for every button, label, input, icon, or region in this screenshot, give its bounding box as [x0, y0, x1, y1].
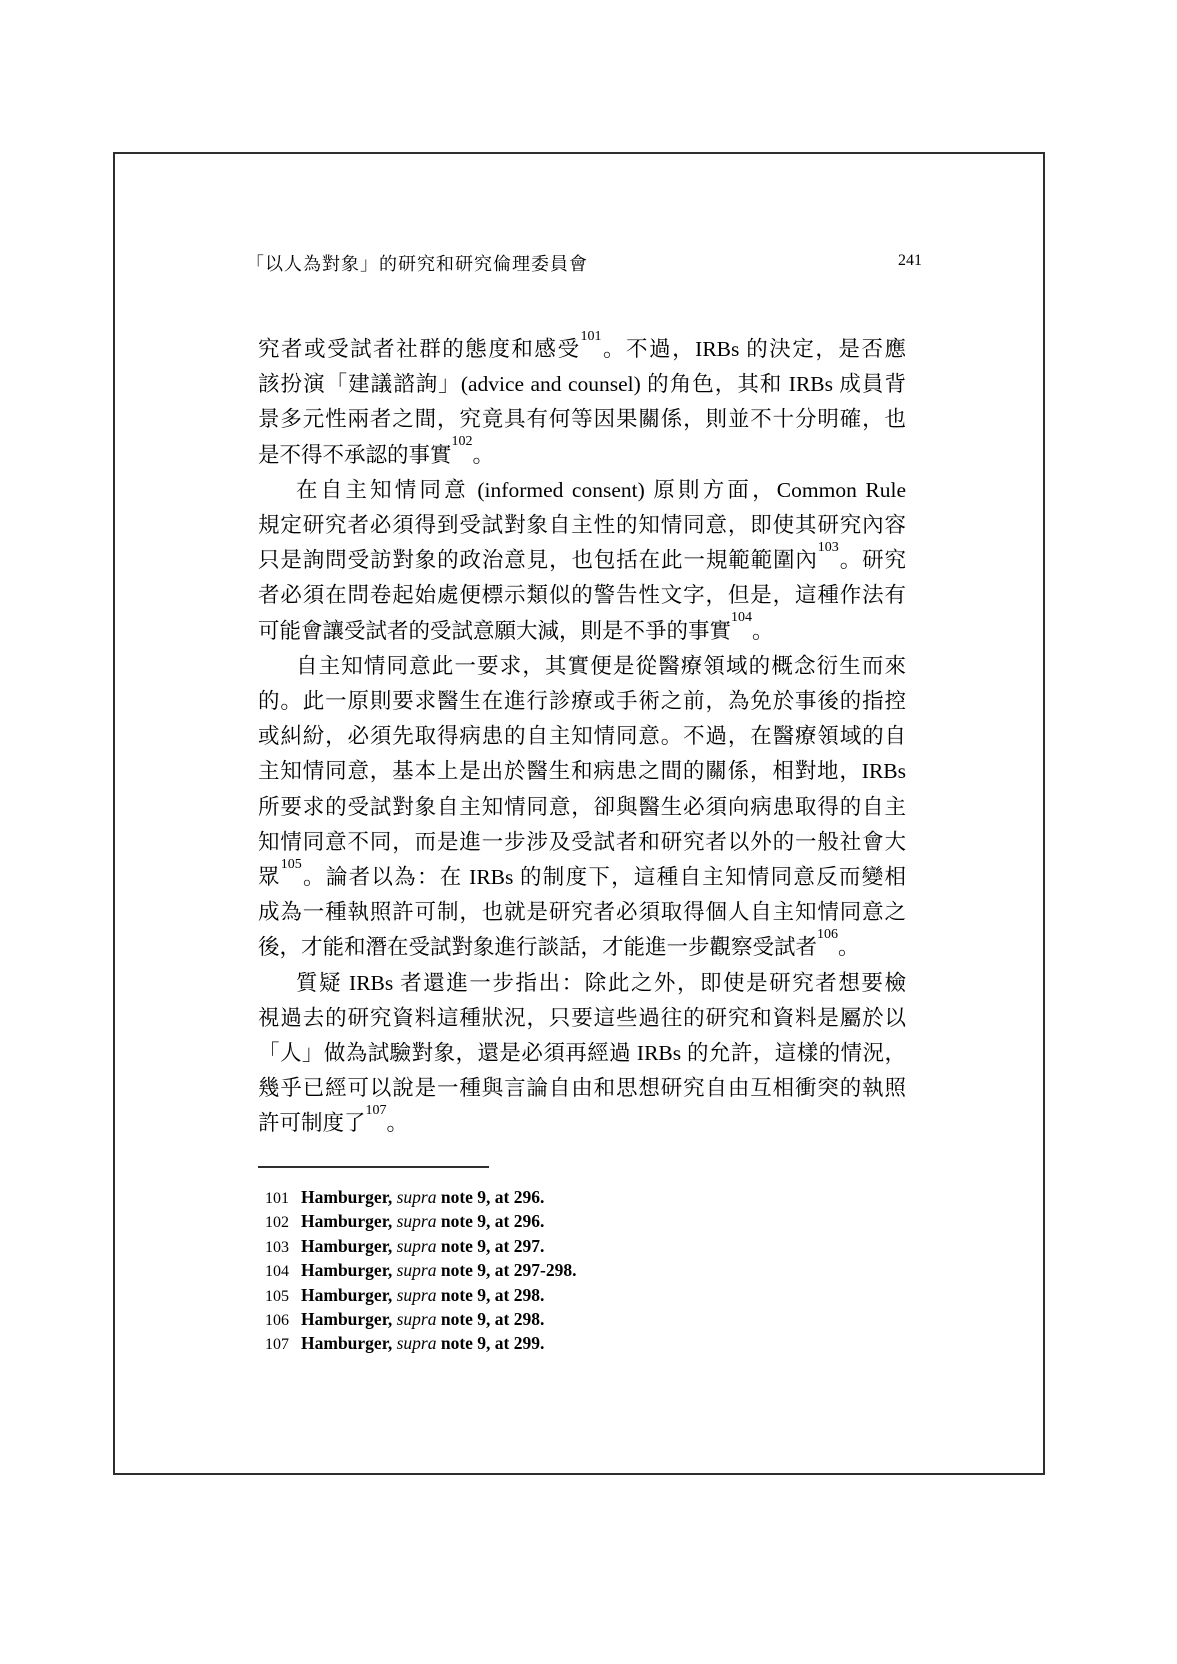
body-line: 可能會讓受試者的受試意願大減，則是不爭的事實104。 [258, 614, 906, 649]
body-line: 自主知情同意此一要求，其實便是從醫療領域的概念衍生而來 [258, 649, 906, 684]
body-line: 眾105。論者以為：在 IRBs 的制度下，這種自主知情同意反而變相 [258, 860, 906, 895]
footnote-text: Hamburger, [301, 1260, 397, 1280]
footnote: 103Hamburger, supra note 9, at 297. [258, 1235, 918, 1259]
footnote-text: Hamburger, [301, 1285, 397, 1305]
page-number: 241 [860, 252, 922, 270]
body-line: 規定研究者必須得到受試對象自主性的知情同意，即使其研究內容 [258, 508, 906, 543]
footnote-number: 102 [258, 1211, 301, 1234]
body-line: 主知情同意，基本上是出於醫生和病患之間的關係，相對地，IRBs [258, 754, 906, 789]
footnote-text: note 9, at 299. [436, 1333, 544, 1353]
body-line: 在自主知情同意 (informed consent) 原則方面，Common R… [258, 473, 906, 508]
footnotes-list: 101Hamburger, supra note 9, at 296.102Ha… [258, 1186, 918, 1357]
body-line: 者必須在問卷起始處便標示類似的警告性文字，但是，這種作法有 [258, 578, 906, 613]
footnote-text: supra [397, 1211, 437, 1231]
page-title: 「以人為對象」的研究和研究倫理委員會 [246, 250, 588, 276]
body-line: 後，才能和潛在受試對象進行談話，才能進一步觀察受試者106。 [258, 930, 906, 965]
footnote-number: 103 [258, 1236, 301, 1259]
body-line: 只是詢問受訪對象的政治意見，也包括在此一規範範圍內103。研究 [258, 543, 906, 578]
body-line: 究者或受試者社群的態度和感受101。不過，IRBs 的決定，是否應 [258, 332, 906, 367]
footnote: 106Hamburger, supra note 9, at 298. [258, 1308, 918, 1332]
body-line: 「人」做為試驗對象，還是必須再經過 IRBs 的允許，這樣的情況， [258, 1036, 906, 1071]
footnote-text: supra [397, 1309, 437, 1329]
footnote-text: note 9, at 296. [436, 1187, 544, 1207]
footnote-number: 104 [258, 1260, 301, 1283]
footnote-text: supra [397, 1187, 437, 1207]
footnote: 101Hamburger, supra note 9, at 296. [258, 1186, 918, 1210]
footnote-ref: 103 [818, 540, 839, 555]
footnote: 104Hamburger, supra note 9, at 297-298. [258, 1259, 918, 1283]
body-line: 許可制度了107。 [258, 1106, 906, 1141]
footnote-text: supra [397, 1285, 437, 1305]
footnote-separator [258, 1166, 489, 1168]
body-line: 或糾紛，必須先取得病患的自主知情同意。不過，在醫療領域的自 [258, 719, 906, 754]
body-line: 所要求的受試對象自主知情同意，卻與醫生必須向病患取得的自主 [258, 790, 906, 825]
body-line: 是不得不承認的事實102。 [258, 438, 906, 473]
footnote-text: Hamburger, [301, 1309, 397, 1329]
footnote-ref: 102 [452, 434, 473, 449]
body-line: 成為一種執照許可制，也就是研究者必須取得個人自主知情同意之 [258, 895, 906, 930]
footnote-text: Hamburger, [301, 1211, 397, 1231]
footnote-number: 107 [258, 1333, 301, 1356]
footnote-text: Hamburger, [301, 1333, 397, 1353]
footnote-ref: 107 [366, 1103, 387, 1118]
footnote-number: 106 [258, 1309, 301, 1332]
footnote-number: 101 [258, 1187, 301, 1210]
footnote-text: note 9, at 297. [436, 1236, 544, 1256]
body-line: 質疑 IRBs 者還進一步指出：除此之外，即使是研究者想要檢 [258, 966, 906, 1001]
body-line: 的。此一原則要求醫生在進行診療或手術之前，為免於事後的指控 [258, 684, 906, 719]
body-line: 知情同意不同，而是進一步涉及受試者和研究者以外的一般社會大 [258, 825, 906, 860]
footnote-ref: 106 [817, 927, 838, 942]
body-line: 該扮演「建議諮詢」(advice and counsel) 的角色，其和 IRB… [258, 367, 906, 402]
footnote-text: supra [397, 1260, 437, 1280]
body-line: 幾乎已經可以說是一種與言論自由和思想研究自由互相衝突的執照 [258, 1071, 906, 1106]
footnote-text: note 9, at 298. [436, 1309, 544, 1329]
footnote-number: 105 [258, 1285, 301, 1308]
footnote-text: note 9, at 298. [436, 1285, 544, 1305]
footnote-text: Hamburger, [301, 1236, 397, 1256]
footnote: 102Hamburger, supra note 9, at 296. [258, 1210, 918, 1234]
footnote-ref: 105 [281, 857, 302, 872]
footnote-ref: 104 [731, 610, 752, 625]
footnote-text: supra [397, 1236, 437, 1256]
page: 「以人為對象」的研究和研究倫理委員會 241 究者或受試者社群的態度和感受101… [0, 0, 1177, 1664]
body-line: 景多元性兩者之間，究竟具有何等因果關係，則並不十分明確，也 [258, 402, 906, 437]
footnote: 107Hamburger, supra note 9, at 299. [258, 1332, 918, 1356]
footnote-text: note 9, at 296. [436, 1211, 544, 1231]
footnote-text: supra [397, 1333, 437, 1353]
body-line: 視過去的研究資料這種狀況，只要這些過往的研究和資料是屬於以 [258, 1001, 906, 1036]
footnote-text: note 9, at 297-298. [436, 1260, 576, 1280]
footnote: 105Hamburger, supra note 9, at 298. [258, 1284, 918, 1308]
footnote-text: Hamburger, [301, 1187, 397, 1207]
body-text: 究者或受試者社群的態度和感受101。不過，IRBs 的決定，是否應該扮演「建議諮… [258, 332, 906, 1142]
footnote-ref: 101 [580, 329, 601, 344]
